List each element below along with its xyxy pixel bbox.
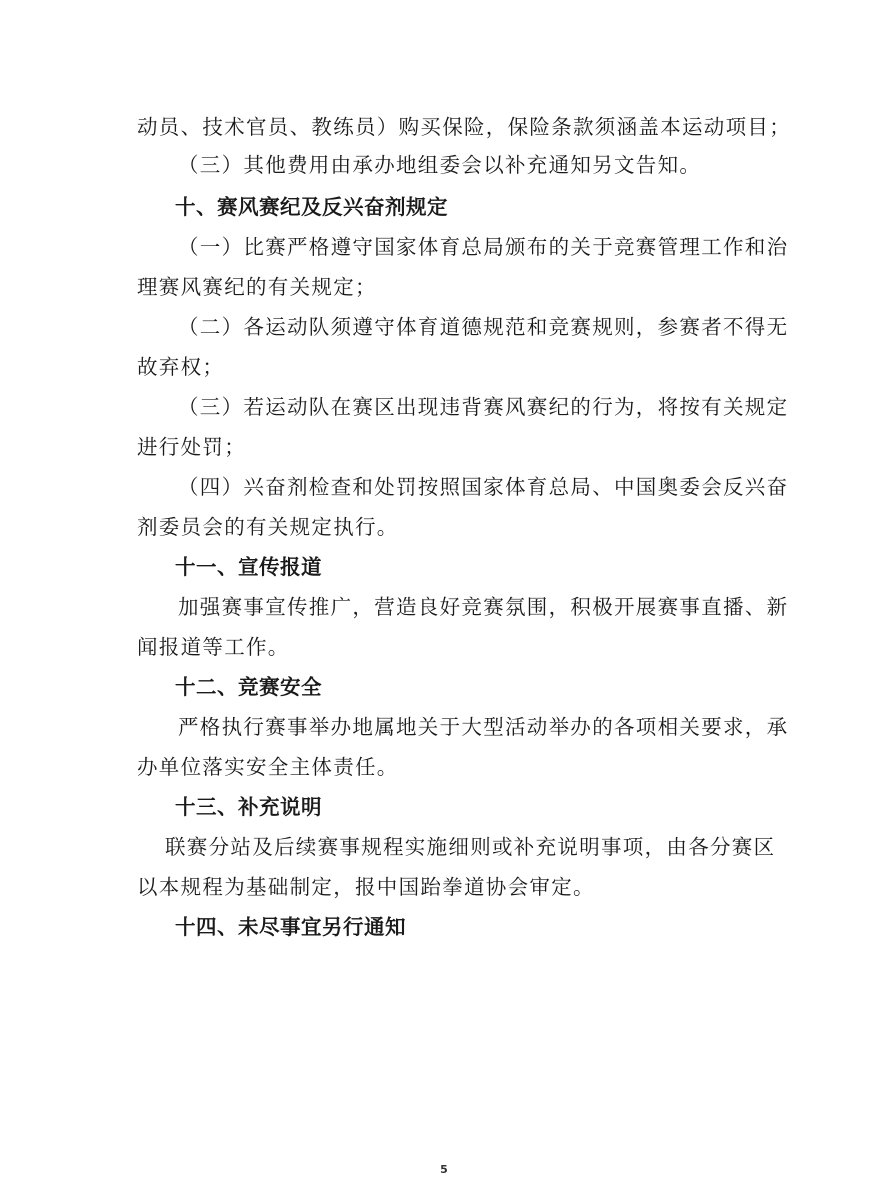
paragraph-10-2: （二）各运动队须遵守体育道德规范和竞赛规则，参赛者不得无	[178, 313, 759, 341]
paragraph-10-3-cont: 进行处罚；	[137, 433, 759, 461]
body-line-insurance-continuation: 动员、技术官员、教练员）购买保险，保险条款须涵盖本运动项目；	[137, 113, 759, 141]
section-heading-13: 十三、补充说明	[175, 793, 797, 821]
paragraph-other-fees: （三）其他费用由承办地组委会以补充通知另文告知。	[178, 151, 759, 179]
paragraph-11: 加强赛事宣传推广，营造良好竞赛氛围，积极开展赛事直播、新	[178, 593, 759, 621]
paragraph-12-cont: 办单位落实安全主体责任。	[137, 753, 759, 781]
paragraph-10-1: （一）比赛严格遵守国家体育总局颁布的关于竞赛管理工作和治	[178, 233, 759, 261]
paragraph-10-4: （四）兴奋剂检查和处罚按照国家体育总局、中国奥委会反兴奋	[178, 473, 759, 501]
paragraph-13: 联赛分站及后续赛事规程实施细则或补充说明事项，由各分赛区	[165, 833, 759, 861]
paragraph-10-4-cont: 剂委员会的有关规定执行。	[137, 513, 759, 541]
section-heading-14: 十四、未尽事宜另行通知	[175, 913, 797, 941]
document-page: 动员、技术官员、教练员）购买保险，保险条款须涵盖本运动项目； （三）其他费用由承…	[0, 0, 888, 1200]
paragraph-13-cont: 以本规程为基础制定，报中国跆拳道协会审定。	[137, 873, 759, 901]
page-number: 5	[0, 1163, 888, 1176]
paragraph-10-2-cont: 故弃权；	[137, 353, 759, 381]
section-heading-12: 十二、竞赛安全	[175, 673, 797, 701]
paragraph-12: 严格执行赛事举办地属地关于大型活动举办的各项相关要求，承	[178, 713, 759, 741]
section-heading-10: 十、赛风赛纪及反兴奋剂规定	[175, 193, 797, 221]
section-heading-11: 十一、宣传报道	[175, 553, 797, 581]
paragraph-10-3: （三）若运动队在赛区出现违背赛风赛纪的行为，将按有关规定	[178, 393, 759, 421]
paragraph-10-1-cont: 理赛风赛纪的有关规定；	[137, 273, 759, 301]
paragraph-11-cont: 闻报道等工作。	[137, 633, 759, 661]
